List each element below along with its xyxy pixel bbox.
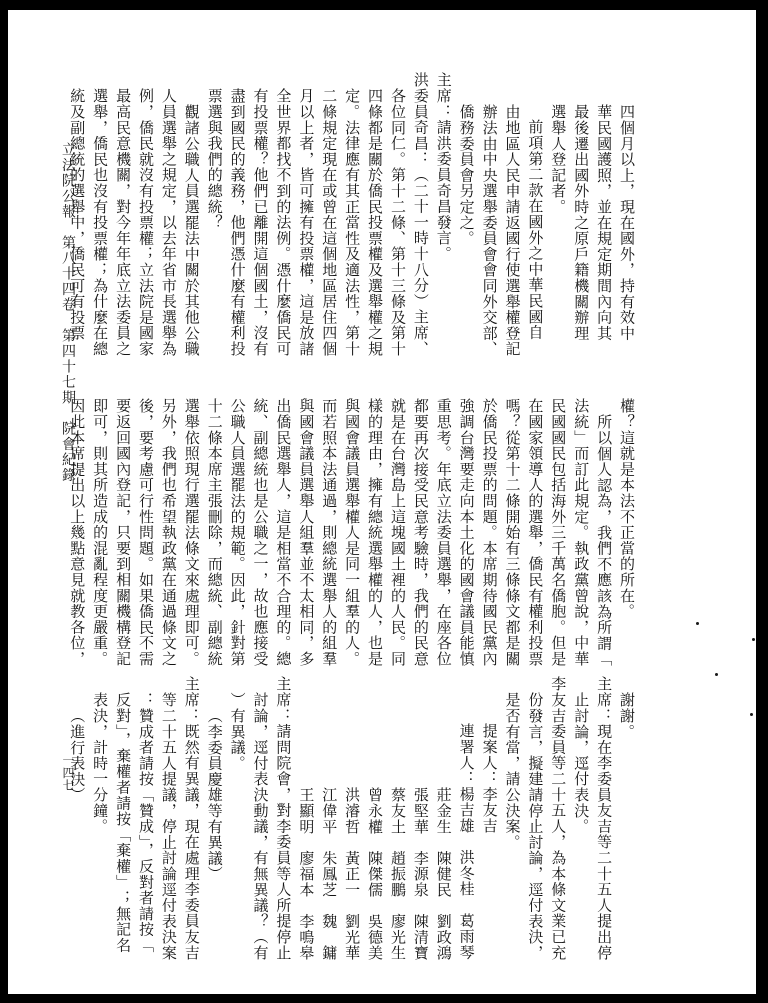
text-column: 人員選舉之規定，以去年省市長選舉為: [157, 72, 180, 364]
text-column: 選舉人登記者。: [546, 72, 569, 364]
text-column: 僑務委員會另定之。: [455, 72, 478, 364]
text-column: 討論，逕付表決動議，有無異議？（有: [249, 676, 272, 968]
text-column: 選舉，僑民也沒有投票權；為什麼在總: [88, 72, 111, 364]
text-column: 後，要考慮可行性問題。如果僑民不需: [134, 382, 157, 670]
text-column: 選舉依照現行選罷法條文來處理即可。: [180, 382, 203, 670]
text-column: 各位同仁。第十二條、第十三條及第十: [386, 72, 409, 364]
text-column: 嗎？從第十二條開始有三條條文都是關: [501, 382, 524, 670]
text-column: 莊金生 陳健民 劉政鴻: [432, 676, 455, 968]
text-column: 因此本席提出以上幾點意見就教各位，: [65, 382, 88, 670]
text-column: 由地區人民申請返國行使選舉權登記: [501, 72, 524, 364]
text-column: 要返回國內登記，只要到相關機構登記: [111, 382, 134, 670]
text-column: 李友吉委員等二十五人，為本條文業已充: [546, 676, 569, 968]
text-column: 等二十五人提議，停止討論逕付表決案: [157, 676, 180, 968]
text-column: 十二條本席主張刪除，而總統、副總統: [203, 382, 226, 670]
text-column: 民國國民包括海外三千萬名僑胞。但是: [546, 382, 569, 670]
text-column: 法統」而訂此規定。執政黨曾說，中華: [569, 382, 592, 670]
text-register-bottom: 謝謝。主席：現在李委員友吉等二十五人提出停止討論，逕付表決。李友吉委員等二十五人…: [62, 676, 638, 968]
text-column: 而若照本法通過，則總統選舉人的組羣: [317, 382, 340, 670]
text-column: 江偉平 朱鳳芝 魏 鏞: [317, 676, 340, 968]
text-column: 權？這就是本法不正當的所在。: [615, 382, 638, 670]
text-column: 連署人：楊吉雄 洪冬桂 葛雨琴: [455, 676, 478, 968]
text-column: 就是在台灣島上這塊國土裡的人民。同: [386, 382, 409, 670]
text-column: 所以個人認為，我們不應該為所謂「: [592, 382, 615, 670]
text-column: 與國會議員選舉權人是同一組羣的人。: [340, 382, 363, 670]
text-column: ）有異議。: [226, 676, 249, 968]
text-column: 謝謝。: [615, 676, 638, 968]
text-column: 重思考。年底立法委員選舉，在座各位: [432, 382, 455, 670]
text-column: 出僑民選舉人，這是相當不合理的。總: [272, 382, 295, 670]
text-column: 份發言，擬建請停止討論，逕付表決，: [523, 676, 546, 968]
text-column: 最後遷出國外時之原戶籍機關辦理: [569, 72, 592, 364]
text-column: 都要再次接受民意考驗時，我們的民意: [409, 382, 432, 670]
text-column: 蔡友土 趙振鵬 廖光生: [386, 676, 409, 968]
text-column: 前項第二款在國外之中華民國自: [523, 72, 546, 364]
text-column: 主席：請洪委員奇昌發言。: [432, 72, 455, 364]
text-column: 是否有當，請公決案。: [501, 676, 524, 968]
text-column: 提案人：李友吉: [478, 676, 501, 968]
scan-speck: [750, 713, 753, 716]
text-register-middle: 權？這就是本法不正當的所在。所以個人認為，我們不應該為所謂「法統」而訂此規定。執…: [62, 382, 638, 670]
text-column: 樣的理由，擁有總統選舉權的人，也是: [363, 382, 386, 670]
text-column: （李委員慶雄等有異議）: [203, 676, 226, 968]
text-column: 洪濬哲 黃正一 劉光華: [340, 676, 363, 968]
text-column: 辦法由中央選舉委員會會同外交部、: [478, 72, 501, 364]
text-column: 最高民意機關，對今年年底立法委員之: [111, 72, 134, 364]
text-column: 統、副總統也是公職之一，故也應接受: [249, 382, 272, 670]
text-column: 主席：既然有異議，現在處理李委員友吉: [180, 676, 203, 968]
text-column: 在國家領導人的選舉，僑民有權利投票: [523, 382, 546, 670]
text-column: 四條都是關於僑民投票權及選舉權之規: [363, 72, 386, 364]
gazette-page: 立法院公報 第八十四卷 第四十七期 院會紀錄 一四七 四個月以上，現在國外，持有…: [0, 0, 768, 1003]
text-column: 華民國護照，並在規定期間內向其: [592, 72, 615, 364]
text-column: 有投票權？他們已離開這個國土，沒有: [249, 72, 272, 364]
text-column: 例，僑民就沒有投票權；立法院是國家: [134, 72, 157, 364]
text-column: 於僑民投票的問題。本席期待國民黨內: [478, 382, 501, 670]
text-column: 王顯明 廖福本 李鳴皋: [294, 676, 317, 968]
text-column: 與國會議員選舉人組羣並不太相同，多: [294, 382, 317, 670]
scan-speck: [715, 673, 718, 676]
text-column: （進行表決）: [65, 676, 88, 968]
text-column: ：贊成者請按「贊成」，反對者請按「: [134, 676, 157, 968]
text-column: 曾永權 陳傑儒 吳德美: [363, 676, 386, 968]
text-column: 定。法律應有其正當性及適法性，第十: [340, 72, 363, 364]
scan-speck: [696, 622, 699, 625]
text-column: 觀諸公職人員選罷法中關於其他公職: [180, 72, 203, 364]
text-column: 二條規定現在或曾在這個地區居住四個: [317, 72, 340, 364]
text-column: 表決，計時一分鐘。: [88, 676, 111, 968]
text-register-top: 四個月以上，現在國外，持有效中華民國護照，並在規定期間內向其最後遷出國外時之原戶…: [62, 72, 638, 364]
text-column: 強調台灣要走向本土化的國會議員能慎: [455, 382, 478, 670]
text-column: 主席：現在李委員友吉等二十五人提出停: [592, 676, 615, 968]
text-column: 票選與我們的總統？: [203, 72, 226, 364]
text-column: 即可，則其所造成的混亂程度更嚴重。: [88, 382, 111, 670]
text-column: 主席：請問院會，對李委員等人所提停止: [272, 676, 295, 968]
text-column: 反對」，棄權者請按「棄權」；無記名: [111, 676, 134, 968]
text-column: 公職人員選罷法的規範。因此，針對第: [226, 382, 249, 670]
scan-speck: [752, 638, 755, 641]
text-column: 止討論，逕付表決。: [569, 676, 592, 968]
text-column: 張堅華 李源泉 陳清寶: [409, 676, 432, 968]
text-column: 月以上者，皆可擁有投票權，這是放諸: [294, 72, 317, 364]
text-column: 統及副總統的選舉中，僑民可有投票: [65, 72, 88, 364]
text-column: 全世界都找不到的法例。憑什麼僑民可: [272, 72, 295, 364]
text-column: 另外，我們也希望執政黨在通過條文之: [157, 382, 180, 670]
text-column: 四個月以上，現在國外，持有效中: [615, 72, 638, 364]
text-column: 盡到國民的義務，他們憑什麼有權利投: [226, 72, 249, 364]
text-column: 洪委員奇昌：（二十一時十八分）主席、: [409, 72, 432, 364]
